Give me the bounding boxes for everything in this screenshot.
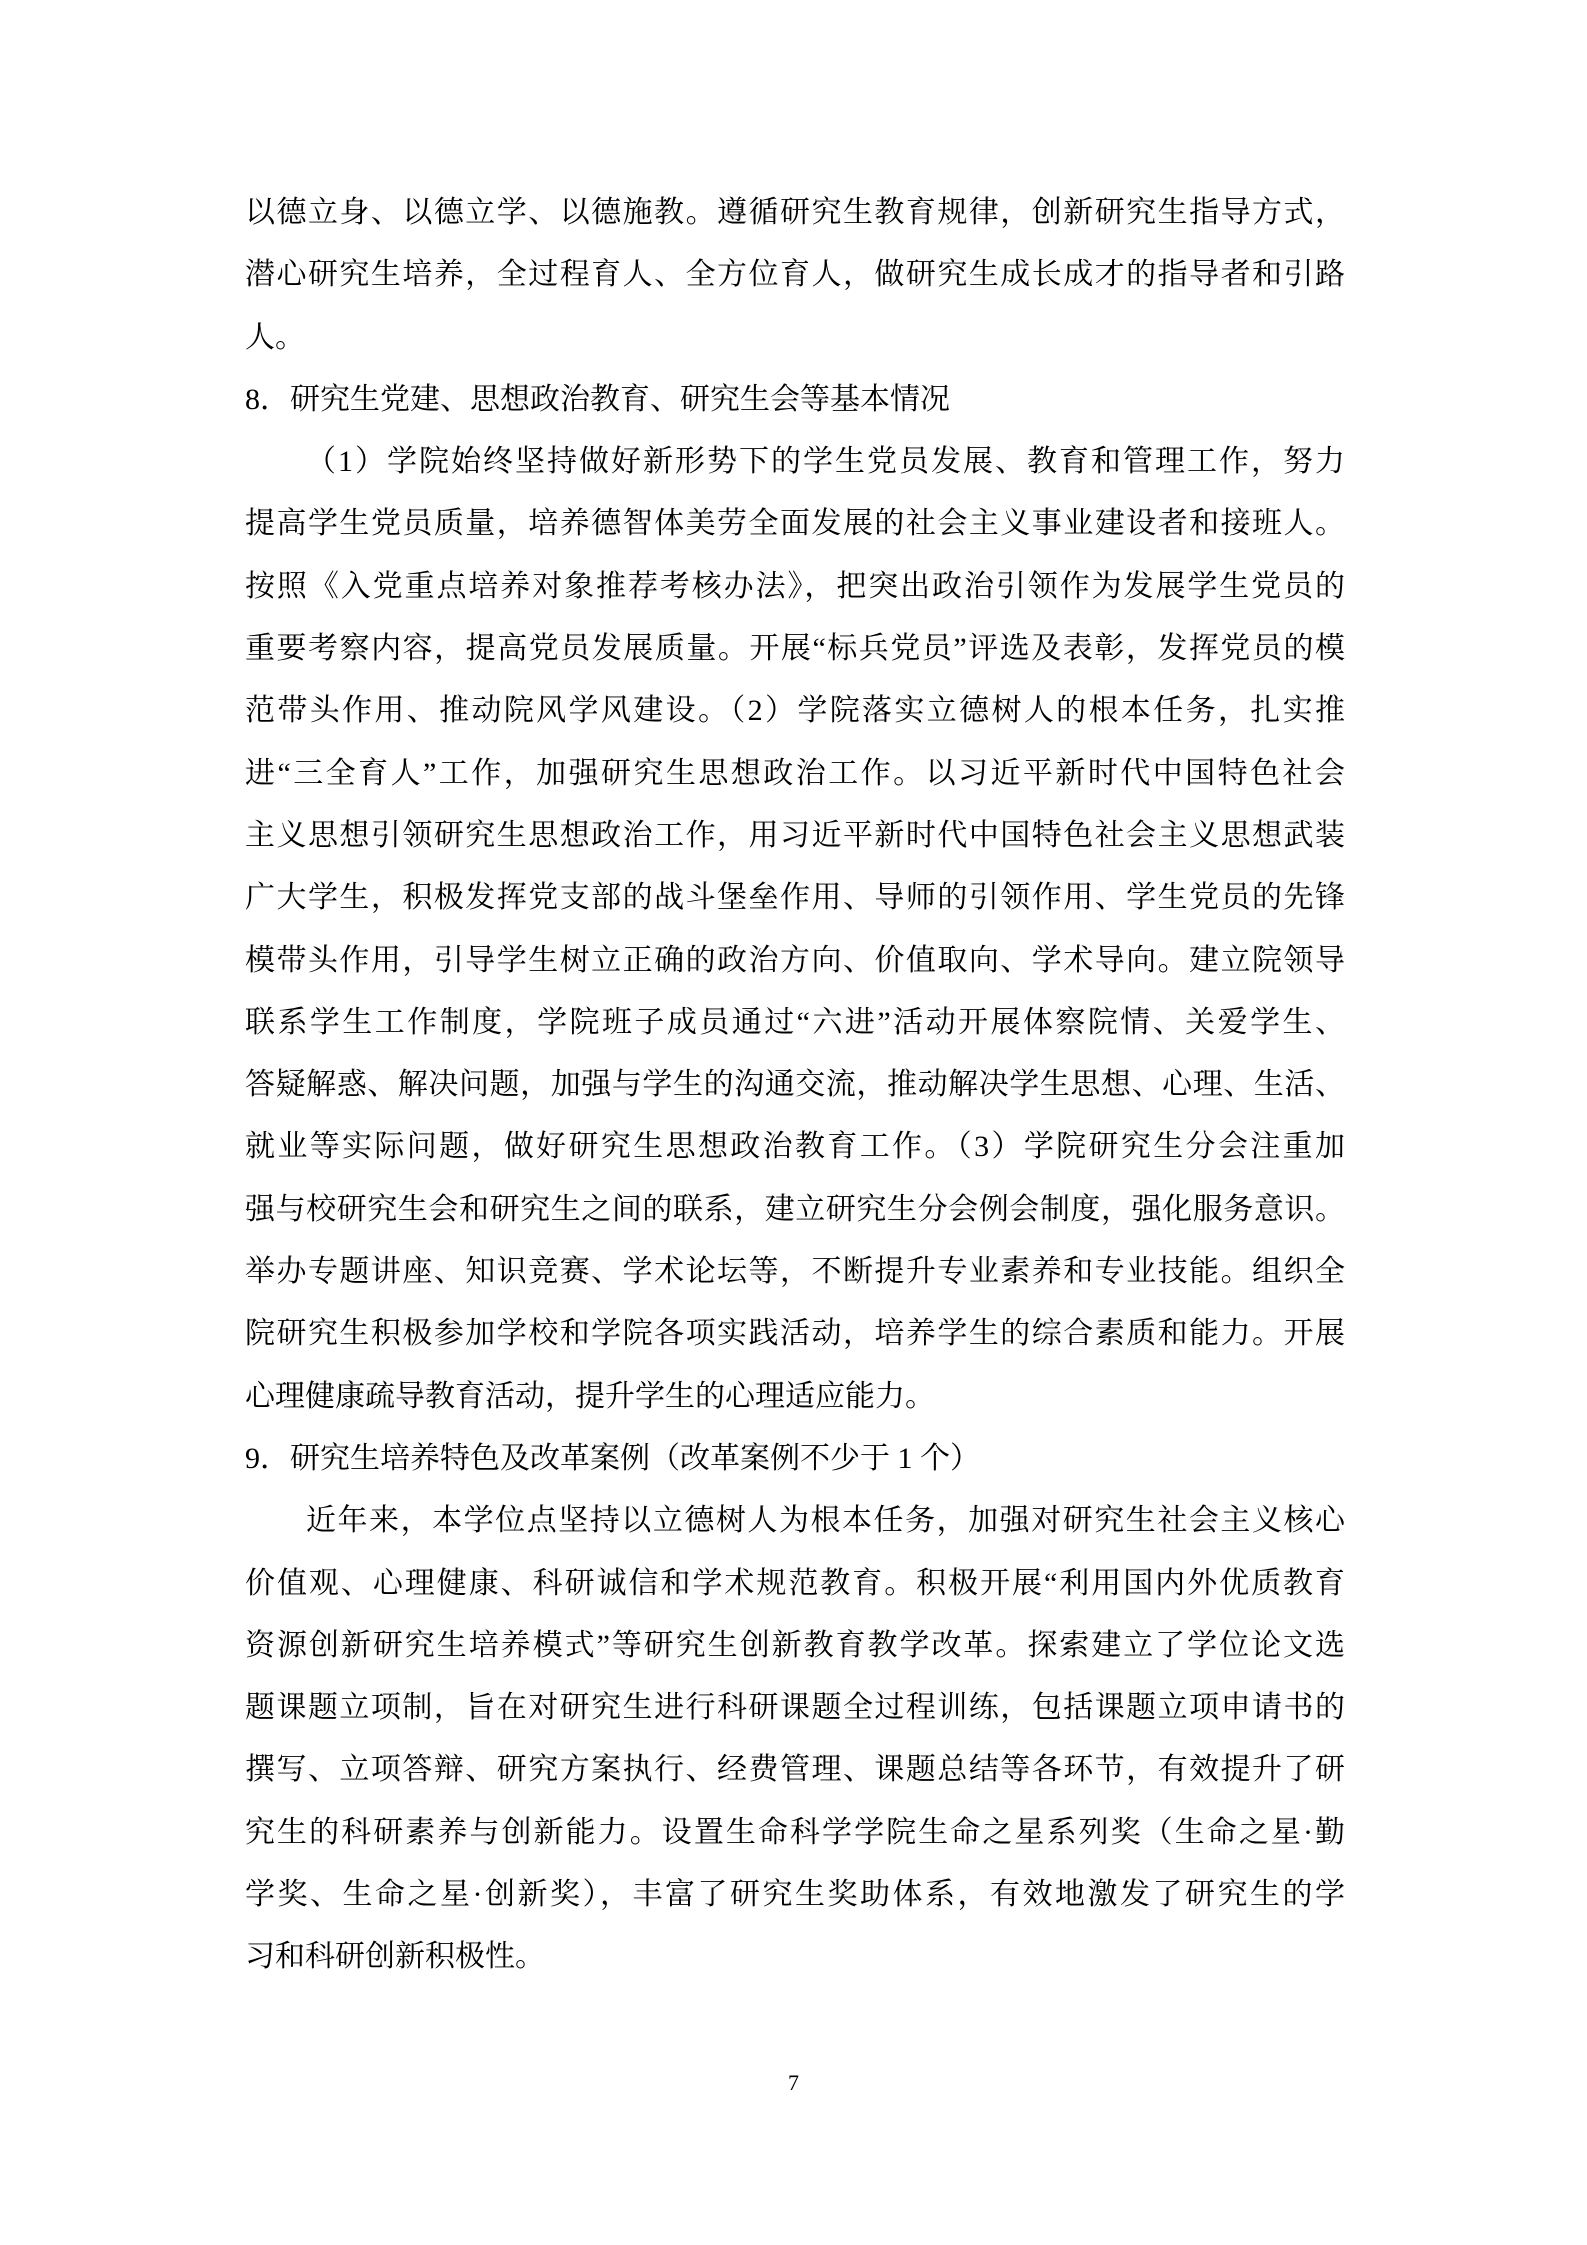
paragraph-line: 资源创新研究生培养模式”等研究生创新教育教学改革。探索建立了学位论文选 xyxy=(245,1615,1345,1677)
paragraph-line: 潜心研究生培养，全过程育人、全方位育人，做研究生成长成才的指导者和引路 xyxy=(245,244,1345,306)
paragraph-line: 联系学生工作制度，学院班子成员通过“六进”活动开展体察院情、关爱学生、 xyxy=(245,992,1345,1054)
paragraph-line: 究生的科研素养与创新能力。设置生命科学学院生命之星系列奖（生命之星·勤 xyxy=(245,1802,1345,1864)
paragraph-line: 范带头作用、推动院风学风建设。（2）学院落实立德树人的根本任务，扎实推 xyxy=(245,680,1345,742)
paragraph-line: 价值观、心理健康、科研诚信和学术规范教育。积极开展“利用国内外优质教育 xyxy=(245,1553,1345,1615)
paragraph-line: 举办专题讲座、知识竞赛、学术论坛等，不断提升专业素养和专业技能。组织全 xyxy=(245,1241,1345,1303)
paragraph-line: 广大学生，积极发挥党支部的战斗堡垒作用、导师的引领作用、学生党员的先锋 xyxy=(245,867,1345,929)
section-heading-8: 8．研究生党建、思想政治教育、研究生会等基本情况 xyxy=(245,369,1345,431)
paragraph-line: 题课题立项制，旨在对研究生进行科研课题全过程训练，包括课题立项申请书的 xyxy=(245,1677,1345,1739)
paragraph-line: 学奖、生命之星·创新奖），丰富了研究生奖助体系，有效地激发了研究生的学 xyxy=(245,1864,1345,1926)
paragraph-line: 模带头作用，引导学生树立正确的政治方向、价值取向、学术导向。建立院领导 xyxy=(245,930,1345,992)
paragraph-line: 近年来，本学位点坚持以立德树人为根本任务，加强对研究生社会主义核心 xyxy=(245,1490,1345,1552)
paragraph-line: 主义思想引领研究生思想政治工作，用习近平新时代中国特色社会主义思想武装 xyxy=(245,805,1345,867)
paragraph-line: 人。 xyxy=(245,307,1345,369)
paragraph-line: 重要考察内容，提高党员发展质量。开展“标兵党员”评选及表彰，发挥党员的模 xyxy=(245,618,1345,680)
paragraph-line: 习和科研创新积极性。 xyxy=(245,1926,1345,1988)
page-number: 7 xyxy=(0,2070,1587,2096)
paragraph-line: 院研究生积极参加学校和学院各项实践活动，培养学生的综合素质和能力。开展 xyxy=(245,1303,1345,1365)
paragraph-line: 按照《入党重点培养对象推荐考核办法》，把突出政治引领作为发展学生党员的 xyxy=(245,556,1345,618)
section-heading-9: 9．研究生培养特色及改革案例（改革案例不少于 1 个） xyxy=(245,1428,1345,1490)
paragraph-line: 撰写、立项答辩、研究方案执行、经费管理、课题总结等各环节，有效提升了研 xyxy=(245,1739,1345,1801)
paragraph-line: 进“三全育人”工作，加强研究生思想政治工作。以习近平新时代中国特色社会 xyxy=(245,743,1345,805)
document-page: 以德立身、以德立学、以德施教。遵循研究生教育规律，创新研究生指导方式， 潜心研究… xyxy=(0,0,1587,2245)
paragraph-line: 提高学生党员质量，培养德智体美劳全面发展的社会主义事业建设者和接班人。 xyxy=(245,493,1345,555)
paragraph-line: （1）学院始终坚持做好新形势下的学生党员发展、教育和管理工作，努力 xyxy=(245,431,1345,493)
paragraph-line: 以德立身、以德立学、以德施教。遵循研究生教育规律，创新研究生指导方式， xyxy=(245,182,1345,244)
paragraph-line: 强与校研究生会和研究生之间的联系，建立研究生分会例会制度，强化服务意识。 xyxy=(245,1179,1345,1241)
paragraph-line: 就业等实际问题，做好研究生思想政治教育工作。（3）学院研究生分会注重加 xyxy=(245,1116,1345,1178)
paragraph-line: 答疑解惑、解决问题，加强与学生的沟通交流，推动解决学生思想、心理、生活、 xyxy=(245,1054,1345,1116)
body-text: 以德立身、以德立学、以德施教。遵循研究生教育规律，创新研究生指导方式， 潜心研究… xyxy=(245,182,1345,1989)
paragraph-line: 心理健康疏导教育活动，提升学生的心理适应能力。 xyxy=(245,1366,1345,1428)
